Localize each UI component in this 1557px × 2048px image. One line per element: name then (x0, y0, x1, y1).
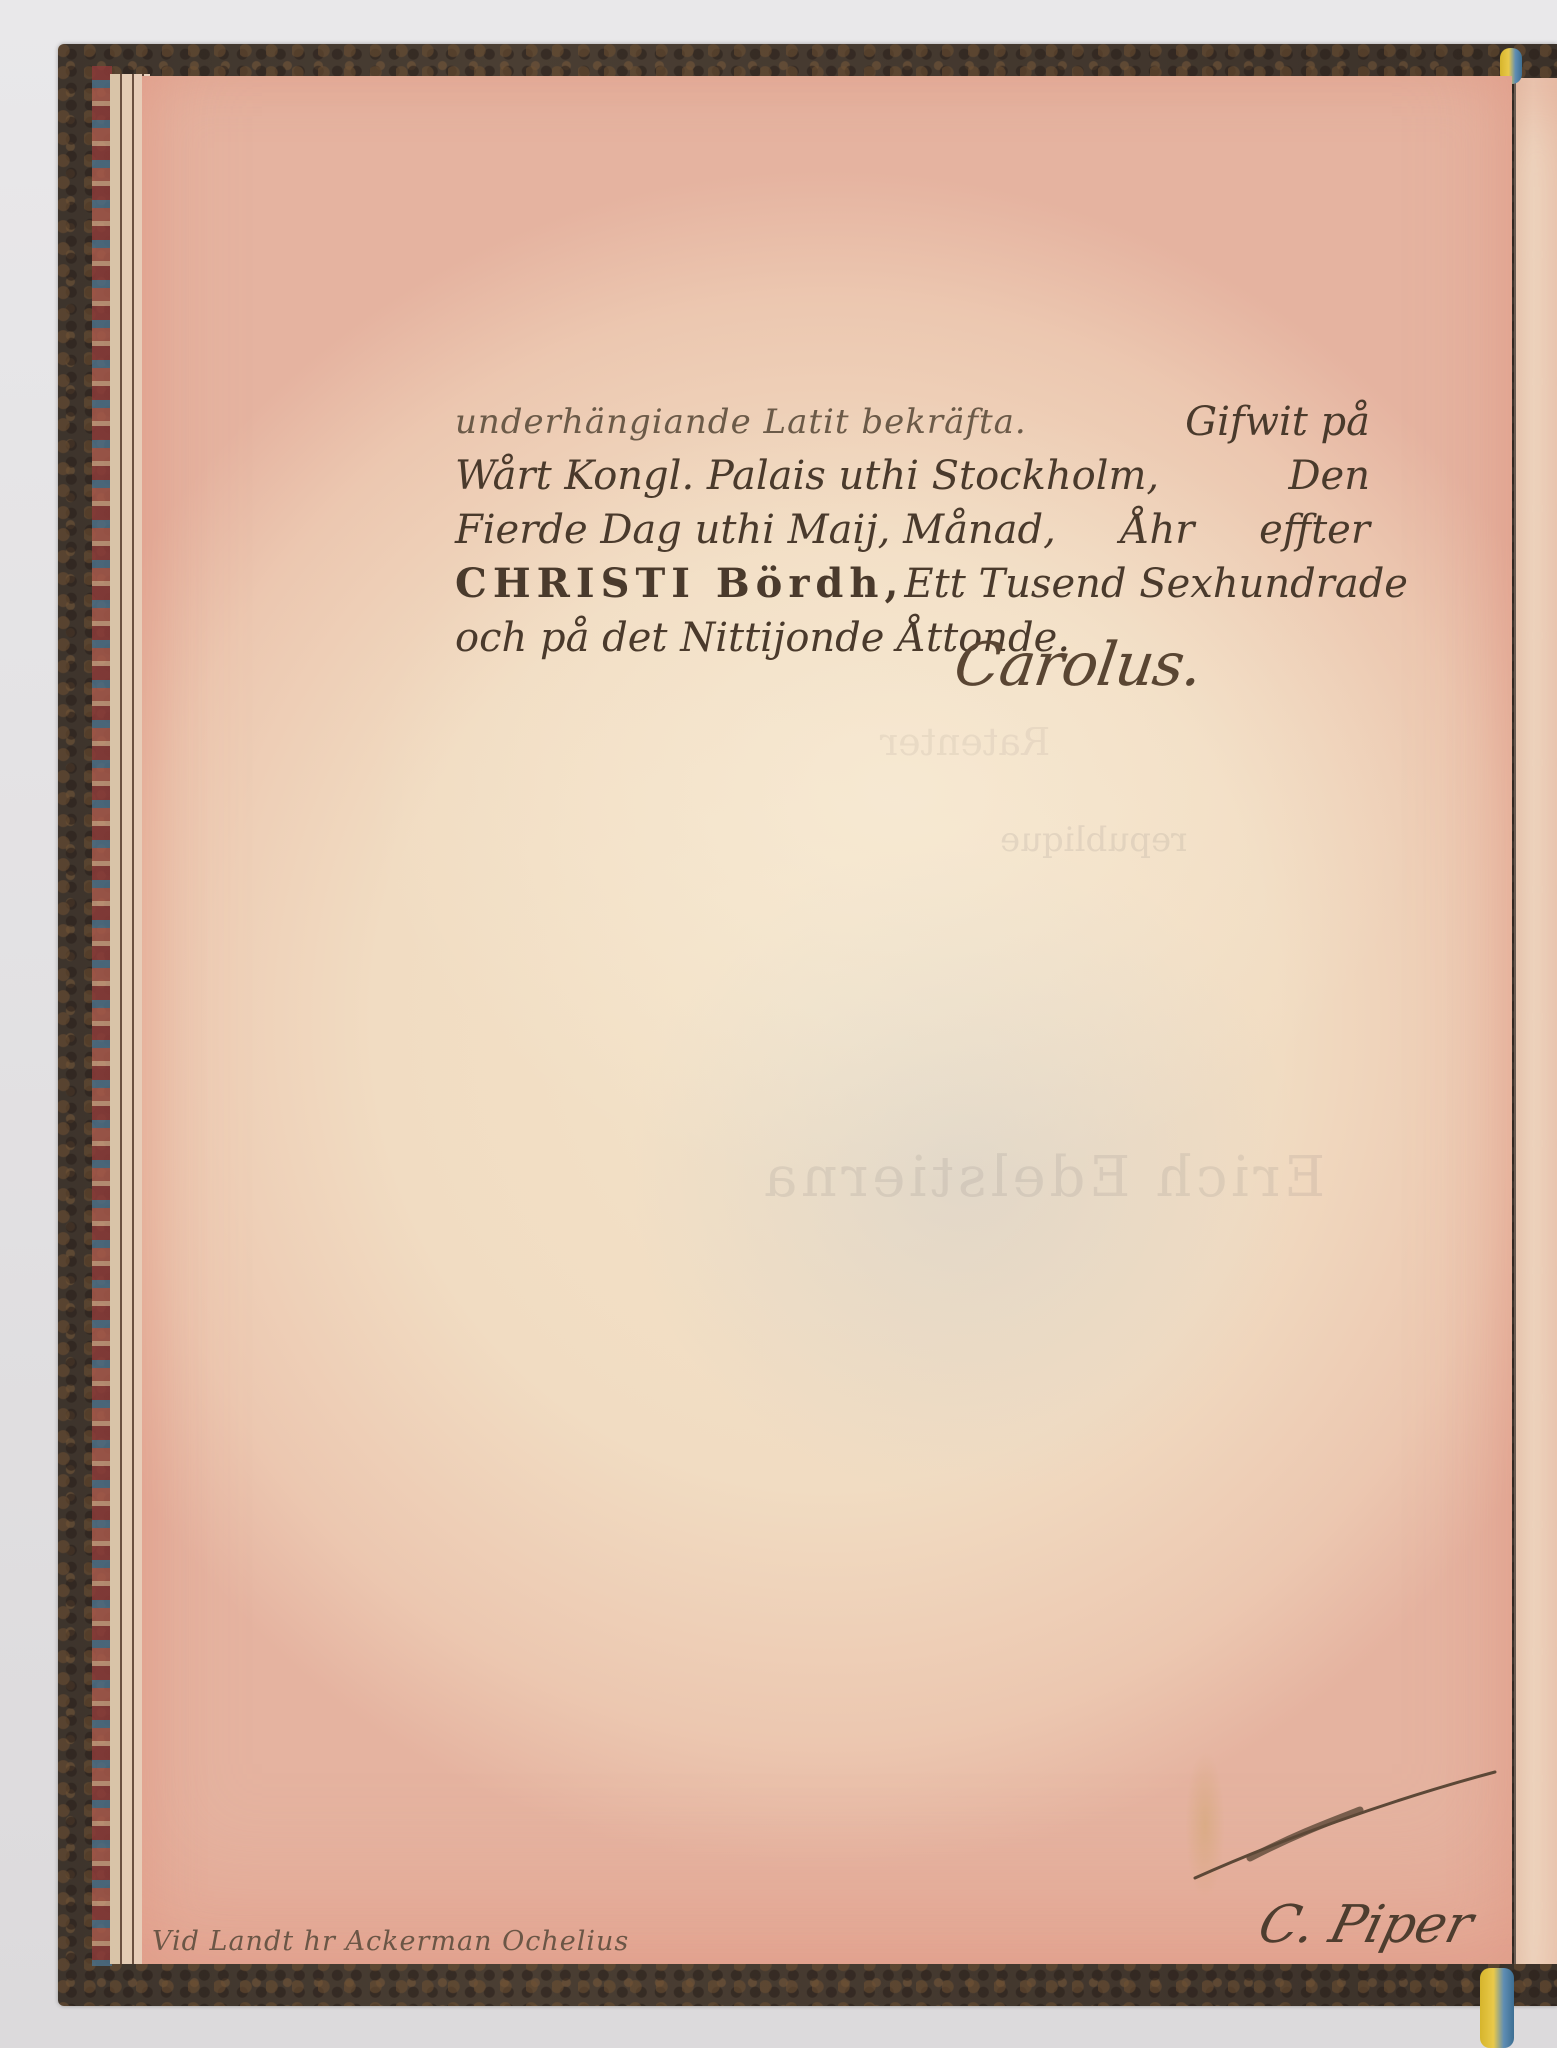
manuscript-line-5: och på det Nittijonde Åttonde. (455, 611, 1370, 665)
line-text: Fierde Dag uthi Maij, Månad, (455, 503, 1056, 557)
line-text: effter (1259, 503, 1370, 557)
facing-page-edge (1514, 78, 1557, 1964)
manuscript-line-1: underhängiande Latit bekräfta. Gifwit på (455, 395, 1370, 449)
pen-flourish-stroke (1190, 1770, 1500, 1880)
line-text: Wårt Kongl. Palais uthi Stockholm, (455, 449, 1159, 503)
line-text: Ett Tusend Sexhundrade (904, 557, 1408, 611)
line-text: underhängiande Latit bekräfta. (455, 395, 1027, 449)
scan-background: Erich Edelstierna republique Ratenter un… (0, 0, 1557, 2048)
line-text: Gifwit på (1185, 395, 1370, 449)
countersignature: C. Piper (1253, 1895, 1479, 1955)
manuscript-body: underhängiande Latit bekräfta. Gifwit på… (455, 395, 1370, 665)
manuscript-page (142, 76, 1512, 1964)
manuscript-line-3: Fierde Dag uthi Maij, Månad, Åhr effter (455, 503, 1370, 557)
bookmark-ribbon-bottom (1480, 1968, 1514, 2048)
line-text: Åhr (1121, 503, 1195, 557)
line-text: CHRISTI Bördh, (455, 557, 904, 611)
manuscript-line-2: Wårt Kongl. Palais uthi Stockholm, Den (455, 449, 1370, 503)
bleed-through-fragment: republique (1000, 820, 1187, 860)
line-text: Den (1288, 449, 1370, 503)
bleed-through-heading: Erich Edelstierna (760, 1145, 1325, 1210)
manuscript-line-4: CHRISTI Bördh, Ett Tusend Sexhundrade (455, 557, 1370, 611)
royal-signature: Carolus. (950, 630, 1206, 700)
bleed-through-fragment: Ratenter (880, 720, 1050, 764)
marbled-endpaper (92, 66, 112, 1966)
bottom-margin-note: Vid Landt hr Ackerman Ochelius (152, 1926, 629, 1957)
